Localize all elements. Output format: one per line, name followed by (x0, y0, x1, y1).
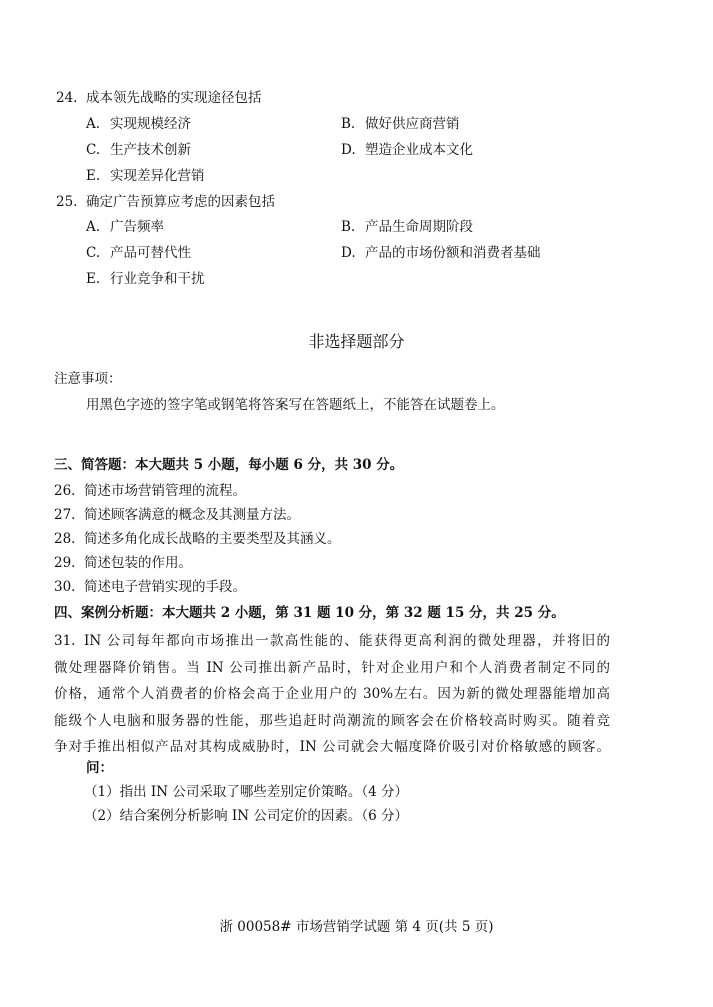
option-25-b: B.产品生命周期阶段 (341, 217, 473, 237)
section-3-heading: 三、简答题：本大题共 5 小题，每小题 6 分，共 30 分。 (54, 455, 403, 475)
notice-label: 注意事项： (54, 369, 122, 389)
sub-question-1: （1）指出 IN 公司采取了哪些差别定价策略。（4 分） (84, 782, 408, 802)
option-letter: E. (86, 166, 110, 186)
question-number: 28. (54, 529, 84, 549)
question-text: 简述多角化成长战略的主要类型及其涵义。 (84, 531, 341, 547)
option-25-c: C.产品可替代性 (86, 243, 191, 263)
question-26: 26.简述市场营销管理的流程。 (54, 481, 246, 501)
option-25-e: E.行业竞争和干扰 (86, 269, 205, 289)
page-footer: 浙 00058# 市场营销学试题 第 4 页(共 5 页) (0, 917, 713, 937)
option-text: 行业竞争和干扰 (110, 271, 205, 287)
question-number: 27. (54, 505, 84, 525)
sub-question-2: （2）结合案例分析影响 IN 公司定价的因素。（6 分） (84, 806, 408, 826)
option-text: 产品生命周期阶段 (365, 219, 473, 235)
case-text: 微处理器降价销售。当 IN 公司推出新产品时，针对企业用户和个人消费者制定不同的 (54, 655, 610, 682)
option-letter: C. (86, 243, 110, 263)
question-25: 25.确定广告预算应考虑的因素包括 (56, 192, 275, 212)
option-24-b: B.做好供应商营销 (341, 114, 460, 134)
question-number: 24. (56, 88, 86, 108)
option-text: 实现差异化营销 (110, 168, 205, 184)
question-number: 29. (54, 553, 84, 573)
option-letter: C. (86, 140, 110, 160)
question-number: 31. (54, 628, 84, 655)
case-text: 争对手推出相似产品对其构成威胁时，IN 公司就会大幅度降价吸引对价格敏感的顾客。 (54, 734, 610, 761)
option-text: 产品的市场份额和消费者基础 (365, 245, 541, 261)
option-25-a: A.广告频率 (86, 217, 164, 237)
option-letter: E. (86, 269, 110, 289)
option-text: 做好供应商营销 (365, 116, 460, 132)
option-24-c: C.生产技术创新 (86, 140, 191, 160)
option-text: 生产技术创新 (110, 142, 191, 158)
question-stem: 确定广告预算应考虑的因素包括 (86, 194, 275, 210)
question-number: 25. (56, 192, 86, 212)
case-line: 31.IN 公司每年都向市场推出一款高性能的、能获得更高利润的微处理器，并将旧的 (54, 628, 610, 655)
option-letter: B. (341, 217, 365, 237)
case-31: 31.IN 公司每年都向市场推出一款高性能的、能获得更高利润的微处理器，并将旧的… (54, 628, 610, 761)
question-30: 30.简述电子营销实现的手段。 (54, 577, 246, 597)
question-number: 30. (54, 577, 84, 597)
case-text: IN 公司每年都向市场推出一款高性能的、能获得更高利润的微处理器，并将旧的 (84, 628, 610, 655)
question-text: 简述包装的作用。 (84, 555, 192, 571)
option-letter: D. (341, 243, 365, 263)
case-text: 价格，通常个人消费者的价格会高于企业用户的 30%左右。因为新的微处理器能增加高 (54, 681, 610, 708)
option-text: 塑造企业成本文化 (365, 142, 473, 158)
part-title: 非选择题部分 (0, 332, 713, 352)
option-text: 实现规模经济 (110, 116, 191, 132)
option-24-a: A.实现规模经济 (86, 114, 191, 134)
question-29: 29.简述包装的作用。 (54, 553, 192, 573)
option-letter: B. (341, 114, 365, 134)
notice-text: 用黑色字迹的签字笔或钢笔将答案写在答题纸上，不能答在试题卷上。 (86, 395, 505, 415)
ask-label: 问： (86, 758, 113, 778)
option-24-e: E.实现差异化营销 (86, 166, 205, 186)
option-letter: D. (341, 140, 365, 160)
option-24-d: D.塑造企业成本文化 (341, 140, 473, 160)
question-28: 28.简述多角化成长战略的主要类型及其涵义。 (54, 529, 341, 549)
case-text: 能级个人电脑和服务器的性能，那些追赶时尚潮流的顾客会在价格较高时购买。随着竞 (54, 708, 610, 735)
option-letter: A. (86, 114, 110, 134)
question-text: 简述市场营销管理的流程。 (84, 483, 246, 499)
option-letter: A. (86, 217, 110, 237)
question-27: 27.简述顾客满意的概念及其测量方法。 (54, 505, 300, 525)
question-number: 26. (54, 481, 84, 501)
option-25-d: D.产品的市场份额和消费者基础 (341, 243, 541, 263)
section-4-heading: 四、案例分析题：本大题共 2 小题，第 31 题 10 分，第 32 题 15 … (54, 603, 565, 623)
question-text: 简述电子营销实现的手段。 (84, 579, 246, 595)
question-stem: 成本领先战略的实现途径包括 (86, 90, 262, 106)
option-text: 广告频率 (110, 219, 164, 235)
question-text: 简述顾客满意的概念及其测量方法。 (84, 507, 300, 523)
option-text: 产品可替代性 (110, 245, 191, 261)
question-24: 24.成本领先战略的实现途径包括 (56, 88, 262, 108)
